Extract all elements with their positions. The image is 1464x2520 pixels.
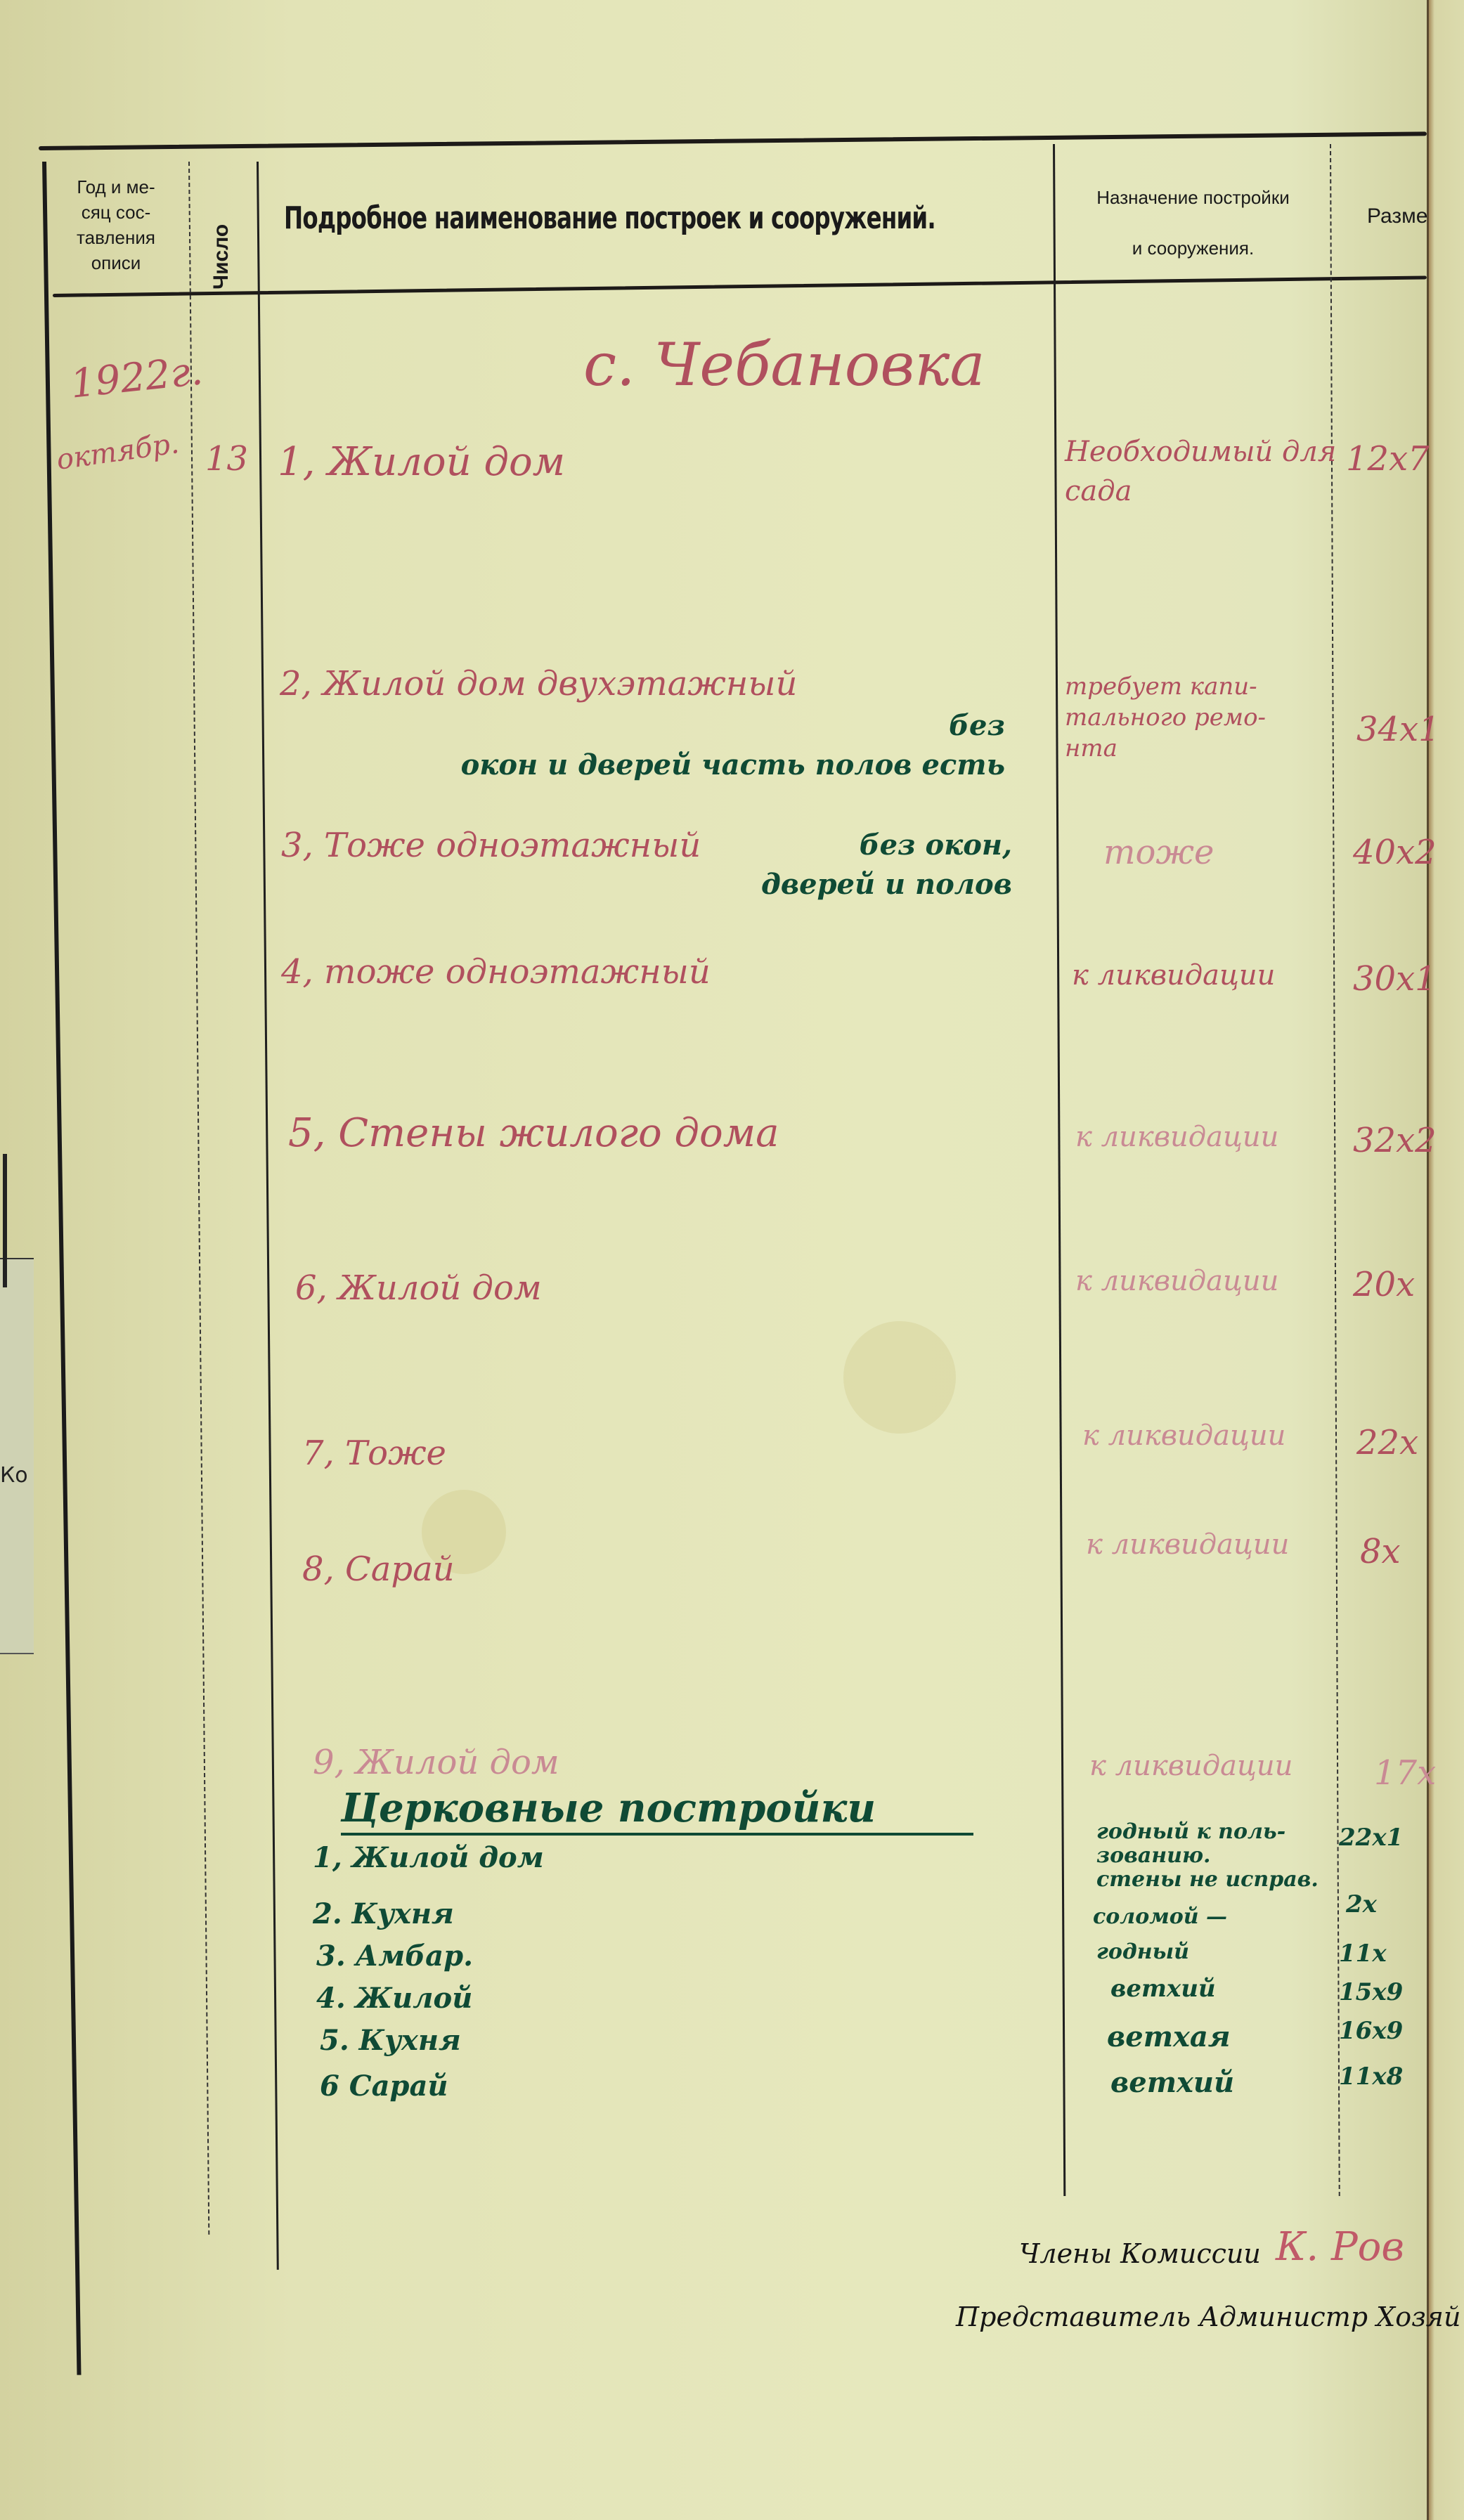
village-title: с. Чебановка bbox=[583, 330, 985, 399]
row-7-purpose: к ликвидации bbox=[1082, 1420, 1285, 1452]
adjacent-page-text: Ко bbox=[0, 1463, 28, 1488]
church-item-1-purpose: годный к поль- зованию. стены не исправ. bbox=[1096, 1820, 1319, 1892]
row-8-name: 8, Сарай bbox=[302, 1550, 455, 1589]
church-item-1-name: 1, Жилой дом bbox=[313, 1841, 544, 1874]
entry-year: 1922г. bbox=[68, 348, 205, 407]
row-5-purpose: к ликвидации bbox=[1075, 1121, 1278, 1153]
column-line-left bbox=[42, 162, 81, 2375]
church-item-2-size: 2х bbox=[1346, 1890, 1377, 1918]
row-9-purpose: к ликвидации bbox=[1089, 1750, 1293, 1782]
header-col-name: Подробное наименование построек и сооруж… bbox=[284, 200, 1033, 236]
row-8-size: 8х bbox=[1360, 1532, 1401, 1571]
row-9-size: 17х bbox=[1374, 1753, 1436, 1793]
row-4-name: 4, тоже одноэтажный bbox=[281, 952, 711, 992]
church-item-4-size: 15х9 bbox=[1339, 1978, 1403, 2006]
church-section-title: Церковные постройки bbox=[341, 1785, 973, 1836]
row-8-purpose: к ликвидации bbox=[1086, 1528, 1289, 1561]
row-5-name: 5, Стены жилого дома bbox=[288, 1110, 779, 1156]
row-2-purpose: требует капи- тального ремо- нта bbox=[1065, 671, 1266, 764]
church-item-5-size: 16х9 bbox=[1339, 2017, 1403, 2045]
church-item-4-name: 4. Жилой bbox=[316, 1982, 472, 2015]
administration-representative-label: Представитель Админиcтр Хозяй bbox=[956, 2301, 1460, 2332]
church-item-3-name: 3. Амбар. bbox=[316, 1940, 473, 1973]
row-2-name: 2, Жилой дом двухэтажный bbox=[280, 664, 797, 703]
commission-signature: К. Ров bbox=[1276, 2224, 1404, 2270]
row-1-size: 12х7 bbox=[1346, 439, 1430, 479]
church-item-5-purpose: ветхая bbox=[1107, 2020, 1231, 2053]
row-4-size: 30х1 bbox=[1353, 959, 1437, 999]
header-col-purpose: Назначение постройки и сооружения. bbox=[1058, 172, 1328, 273]
commission-members-label: Члены Комиссии bbox=[1019, 2238, 1261, 2269]
row-7-name: 7, Тоже bbox=[302, 1434, 446, 1473]
church-item-2-purpose: соломой — bbox=[1093, 1904, 1227, 1929]
church-item-1-size: 22х1 bbox=[1339, 1824, 1403, 1852]
column-line-name bbox=[1053, 144, 1065, 2196]
row-9-name: 9, Жилой дом bbox=[313, 1743, 559, 1782]
adjacent-page-border bbox=[3, 1154, 21, 1287]
church-item-6-size: 11х8 bbox=[1339, 2063, 1403, 2091]
adjacent-page-fragment: Ко bbox=[0, 1258, 34, 1654]
row-3-size: 40х2 bbox=[1353, 833, 1437, 872]
binding-spine bbox=[1427, 0, 1464, 2520]
header-col-number: Число bbox=[209, 211, 233, 302]
header-col-date: Год и ме- сяц сос- тавления описи bbox=[49, 174, 183, 275]
row-6-name: 6, Жилой дом bbox=[295, 1268, 542, 1308]
church-item-4-purpose: ветхий bbox=[1110, 1975, 1216, 2003]
header-top-rule bbox=[39, 131, 1427, 150]
document-page: Ко Год и ме- сяц сос- тавления описи Чис… bbox=[0, 0, 1464, 2520]
entry-month: октябр. bbox=[55, 427, 181, 476]
row-6-purpose: к ликвидации bbox=[1075, 1265, 1278, 1297]
row-4-purpose: к ликвидации bbox=[1072, 959, 1275, 992]
column-line-number bbox=[257, 162, 279, 2270]
row-5-size: 32х2 bbox=[1353, 1121, 1437, 1160]
church-item-6-name: 6 Сарай bbox=[320, 2070, 448, 2103]
row-1-purpose: Необходимый для сада bbox=[1065, 432, 1336, 511]
row-3-note: без окон, дверей и полов bbox=[281, 826, 1012, 904]
row-2-size: 34х1 bbox=[1356, 710, 1440, 749]
church-item-3-purpose: годный bbox=[1096, 1940, 1189, 1964]
church-item-2-name: 2. Кухня bbox=[313, 1897, 454, 1930]
church-item-3-size: 11х bbox=[1339, 1940, 1387, 1968]
row-1-name: 1, Жилой дом bbox=[278, 439, 565, 485]
row-3-purpose: тоже bbox=[1103, 833, 1214, 872]
header-col-size: Разме bbox=[1367, 204, 1427, 229]
entry-day: 13 bbox=[205, 439, 248, 479]
church-item-6-purpose: ветхий bbox=[1110, 2066, 1234, 2099]
row-7-size: 22х bbox=[1356, 1423, 1418, 1462]
paper-stain bbox=[843, 1321, 956, 1434]
row-6-size: 20х bbox=[1353, 1265, 1415, 1304]
row-2-note: без окон и дверей часть полов есть bbox=[281, 706, 1005, 785]
church-item-5-name: 5. Кухня bbox=[320, 2024, 461, 2057]
